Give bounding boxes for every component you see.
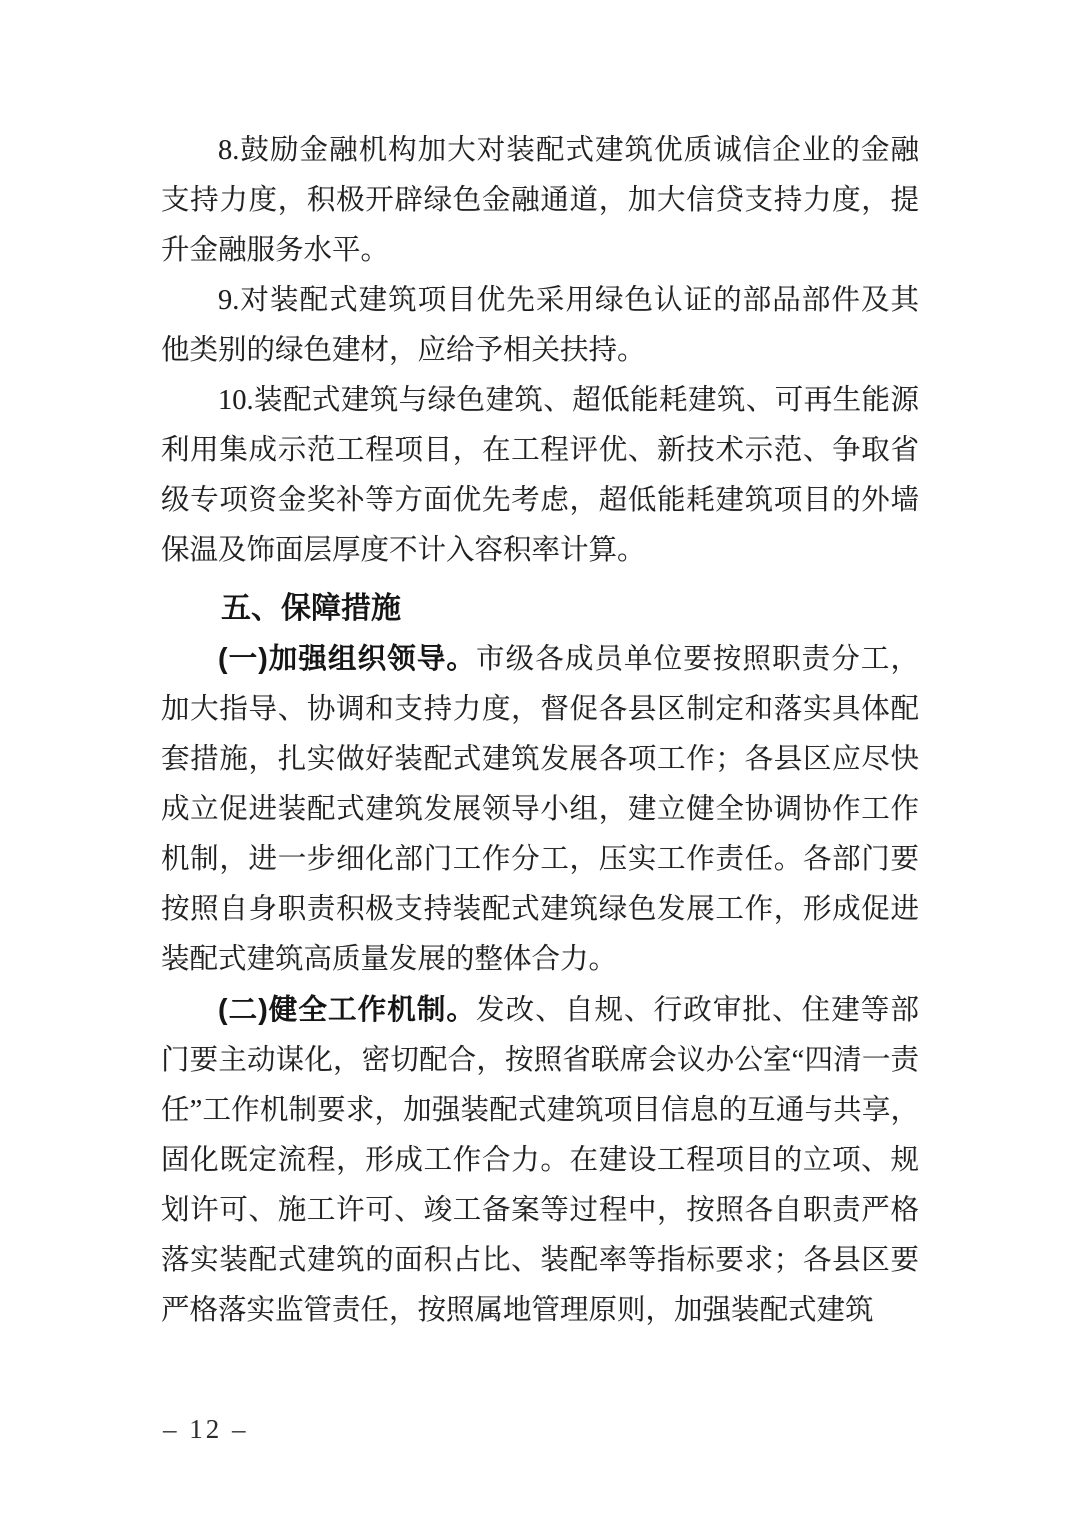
paragraph-point-10: 10.装配式建筑与绿色建筑、超低能耗建筑、可再生能源利用集成示范工程项目，在工程… [161,376,919,576]
paragraph-measure-2: (二)健全工作机制。发改、自规、行政审批、住建等部门要主动谋化，密切配合，按照省… [161,985,919,1336]
paragraph-point-8: 8.鼓励金融机构加大对装配式建筑优质诚信企业的金融支持力度，积极开辟绿色金融通道… [161,126,919,276]
measure-1-body: 市级各成员单位要按照职责分工，加大指导、协调和支持力度，督促各县区制定和落实具体… [161,644,919,975]
measure-2-body: 发改、自规、行政审批、住建等部门要主动谋化，密切配合，按照省联席会议办公室“四清… [161,995,919,1326]
page-number: – 12 – [163,1412,249,1446]
paragraph-measure-1: (一)加强组织领导。市级各成员单位要按照职责分工，加大指导、协调和支持力度，督促… [161,634,919,985]
document-body: 8.鼓励金融机构加大对装配式建筑优质诚信企业的金融支持力度，积极开辟绿色金融通道… [161,126,919,1336]
paragraph-point-9: 9.对装配式建筑项目优先采用绿色认证的部品部件及其他类别的绿色建材，应给予相关扶… [161,276,919,376]
section-heading-safeguard-measures: 五、保障措施 [161,584,919,634]
measure-1-lead: (一)加强组织领导。 [218,643,476,675]
document-page: 8.鼓励金融机构加大对装配式建筑优质诚信企业的金融支持力度，积极开辟绿色金融通道… [0,0,1080,1527]
measure-2-lead: (二)健全工作机制。 [218,994,476,1026]
